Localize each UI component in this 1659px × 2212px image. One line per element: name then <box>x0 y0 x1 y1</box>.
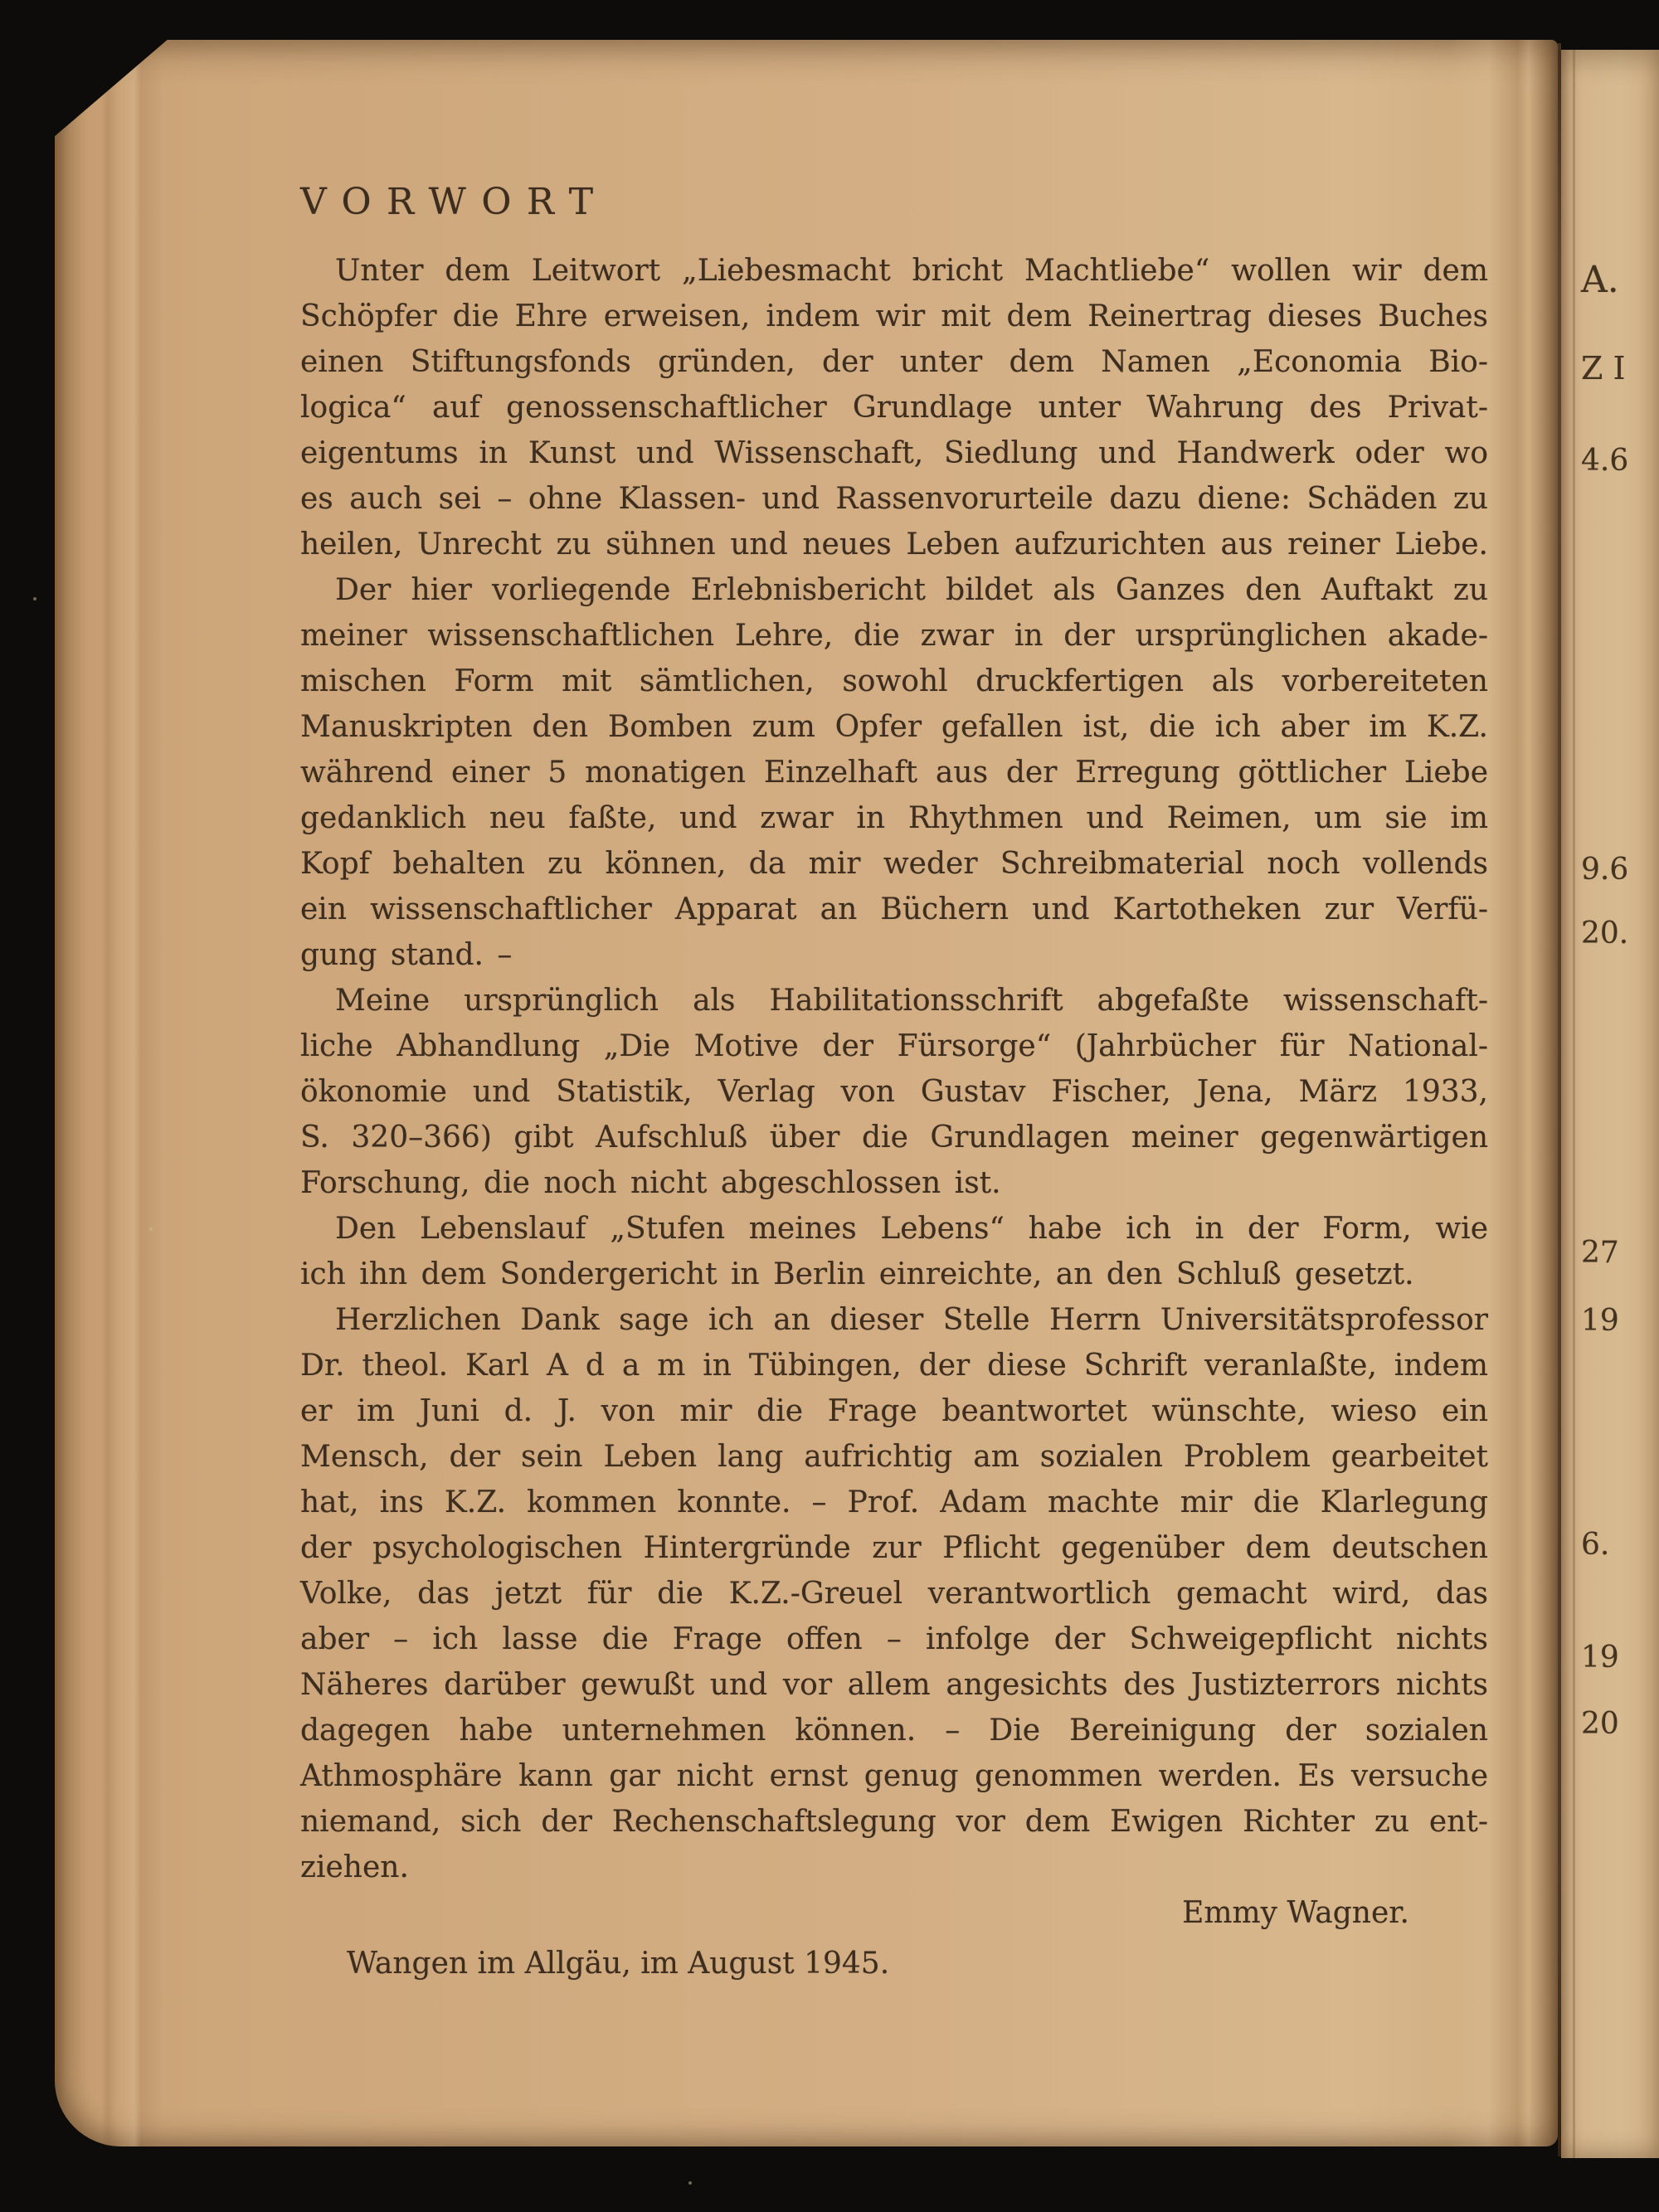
margin-number-fragment: 9.6 <box>1581 853 1628 887</box>
dust-speck <box>33 597 36 600</box>
text-line: Mensch, der sein Leben lang aufrichtig a… <box>300 1434 1488 1480</box>
page-crease <box>55 40 204 2146</box>
margin-number-fragment: A. <box>1581 259 1619 301</box>
text-line: ziehen. <box>300 1845 1488 1890</box>
text-line: niemand, sich der Rechenschaftslegung vo… <box>300 1799 1488 1845</box>
sliver-fold-line <box>1573 50 1575 2158</box>
margin-number-fragment: 20. <box>1581 916 1628 950</box>
text-line: Der hier vorliegende Erlebnisbericht bil… <box>300 567 1488 613</box>
paragraph: Den Lebenslauf „Stufen meines Lebens“ ha… <box>300 1206 1488 1297</box>
text-line: aber – ich lasse die Frage offen – infol… <box>300 1616 1488 1662</box>
scan-background: { "page": { "title": "VORWORT", "paragra… <box>0 0 1659 2212</box>
dust-speck <box>149 1228 153 1231</box>
text-line: Forschung, die noch nicht abgeschlossen … <box>300 1160 1488 1206</box>
margin-number-fragment: 19 <box>1581 1304 1619 1338</box>
text-line: dagegen habe unternehmen können. – Die B… <box>300 1708 1488 1753</box>
left-page: VORWORT Unter dem Leitwort „Liebesmacht … <box>55 40 1558 2146</box>
text-line: Kopf behalten zu können, da mir weder Sc… <box>300 841 1488 887</box>
text-line: ein wissenschaftlicher Apparat an Bücher… <box>300 887 1488 932</box>
text-line: Den Lebenslauf „Stufen meines Lebens“ ha… <box>300 1206 1488 1252</box>
preface-text: Unter dem Leitwort „Liebesmacht bricht M… <box>300 248 1488 1890</box>
text-line: gung stand. – <box>300 932 1488 978</box>
text-line: ich ihn dem Sondergericht in Berlin einr… <box>300 1252 1488 1297</box>
margin-number-fragment: Z I <box>1581 350 1626 386</box>
margin-number-fragment: 19 <box>1581 1641 1619 1675</box>
text-line: während einer 5 monatigen Einzelhaft aus… <box>300 750 1488 795</box>
text-line: liche Abhandlung „Die Motive der Fürsorg… <box>300 1023 1488 1069</box>
signature: Emmy Wagner. <box>300 1890 1488 1936</box>
text-line: Schöpfer die Ehre erweisen, indem wir mi… <box>300 294 1488 339</box>
text-line: Athmosphäre kann gar nicht ernst genug g… <box>300 1753 1488 1799</box>
text-line: Volke, das jetzt für die K.Z.-Greuel ver… <box>300 1571 1488 1616</box>
text-line: gedanklich neu faßte, und zwar in Rhythm… <box>300 795 1488 841</box>
paragraph: Der hier vorliegende Erlebnisbericht bil… <box>300 567 1488 978</box>
text-line: meiner wissenschaftlichen Lehre, die zwa… <box>300 613 1488 659</box>
text-line: Manuskripten den Bomben zum Opfer gefall… <box>300 704 1488 750</box>
right-page-sliver: A.Z I4.69.620.27196.1920 <box>1561 50 1659 2158</box>
text-line: mischen Form mit sämtlichen, sowohl druc… <box>300 659 1488 704</box>
preface-content: VORWORT Unter dem Leitwort „Liebesmacht … <box>300 181 1488 1986</box>
paragraph: Unter dem Leitwort „Liebesmacht bricht M… <box>300 248 1488 567</box>
folded-corner <box>53 38 169 138</box>
text-line: S. 320–366) gibt Aufschluß über die Grun… <box>300 1115 1488 1160</box>
margin-number-fragment: 4.6 <box>1581 444 1628 478</box>
dust-speck <box>688 2181 692 2185</box>
text-line: Unter dem Leitwort „Liebesmacht bricht M… <box>300 248 1488 294</box>
text-line: Näheres darüber gewußt und vor allem ang… <box>300 1662 1488 1708</box>
text-line: eigentums in Kunst und Wissenschaft, Sie… <box>300 430 1488 476</box>
text-line: Dr. theol. Karl A d a m in Tübingen, der… <box>300 1343 1488 1388</box>
text-line: Herzlichen Dank sage ich an dieser Stell… <box>300 1297 1488 1343</box>
text-line: einen Stiftungsfonds gründen, der unter … <box>300 339 1488 385</box>
text-line: hat, ins K.Z. kommen konnte. – Prof. Ada… <box>300 1480 1488 1525</box>
text-line: es auch sei – ohne Klassen- und Rassenvo… <box>300 476 1488 522</box>
text-line: ökonomie und Statistik, Verlag von Gusta… <box>300 1069 1488 1115</box>
dateline: Wangen im Allgäu, im August 1945. <box>300 1941 1488 1986</box>
text-line: der psychologischen Hintergründe zur Pfl… <box>300 1525 1488 1571</box>
paragraph: Meine ursprünglich als Habilitationsschr… <box>300 978 1488 1206</box>
paragraph: Herzlichen Dank sage ich an dieser Stell… <box>300 1297 1488 1890</box>
text-line: er im Juni d. J. von mir die Frage beant… <box>300 1388 1488 1434</box>
text-line: heilen, Unrecht zu sühnen und neues Lebe… <box>300 522 1488 567</box>
text-line: Meine ursprünglich als Habilitationsschr… <box>300 978 1488 1023</box>
margin-number-fragment: 20 <box>1581 1707 1619 1741</box>
margin-number-fragment: 27 <box>1581 1236 1619 1270</box>
text-line: logica“ auf genossenschaftlicher Grundla… <box>300 385 1488 430</box>
page-title: VORWORT <box>300 181 1488 223</box>
margin-number-fragment: 6. <box>1581 1528 1609 1562</box>
